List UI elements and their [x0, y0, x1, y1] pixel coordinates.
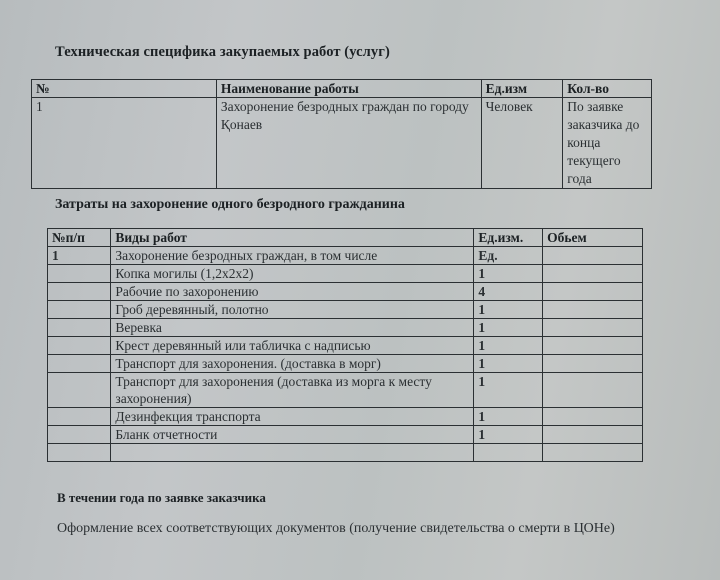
- table-row: Рабочие по захоронению4: [48, 283, 643, 301]
- costs-cell-num: [48, 426, 111, 444]
- costs-cell-volume: [543, 408, 643, 426]
- spec-title: Техническая специфика закупаемых работ (…: [55, 44, 390, 61]
- costs-cell-work: Транспорт для захоронения (доставка из м…: [111, 373, 474, 408]
- costs-cell-num: [48, 373, 111, 408]
- costs-header-volume: Обьем: [543, 229, 643, 247]
- costs-cell-work: Дезинфекция транспорта: [111, 408, 474, 426]
- table-row: 1Захоронение безродных граждан, в том чи…: [48, 247, 643, 265]
- costs-cell-work: Бланк отчетности: [111, 426, 474, 444]
- costs-cell-unit: 1: [474, 426, 543, 444]
- costs-cell-volume: [543, 247, 643, 265]
- costs-table: №п/п Виды работ Ед.изм. Обьем 1Захоронен…: [47, 228, 643, 462]
- costs-cell-unit: 1: [474, 355, 543, 373]
- costs-cell-num: [48, 265, 111, 283]
- costs-cell-unit: 1: [474, 337, 543, 355]
- costs-cell-unit: 1: [474, 408, 543, 426]
- costs-cell-work: [111, 444, 474, 462]
- table-row: Дезинфекция транспорта1: [48, 408, 643, 426]
- costs-cell-num: [48, 337, 111, 355]
- table-row: Транспорт для захоронения. (доставка в м…: [48, 355, 643, 373]
- costs-cell-volume: [543, 301, 643, 319]
- costs-table-header: №п/п Виды работ Ед.изм. Обьем: [48, 229, 643, 247]
- costs-header-unit: Ед.изм.: [474, 229, 543, 247]
- costs-cell-volume: [543, 444, 643, 462]
- costs-cell-num: [48, 301, 111, 319]
- costs-cell-work: Гроб деревянный, полотно: [111, 301, 474, 319]
- costs-cell-volume: [543, 426, 643, 444]
- costs-cell-volume: [543, 283, 643, 301]
- costs-cell-volume: [543, 373, 643, 408]
- table-row: [48, 444, 643, 462]
- spec-header-unit: Ед.изм: [481, 80, 563, 98]
- costs-cell-volume: [543, 319, 643, 337]
- costs-cell-volume: [543, 337, 643, 355]
- costs-cell-work: Захоронение безродных граждан, в том чис…: [111, 247, 474, 265]
- costs-cell-unit: 1: [474, 373, 543, 408]
- table-row: Бланк отчетности1: [48, 426, 643, 444]
- document-page: Техническая специфика закупаемых работ (…: [0, 0, 720, 580]
- spec-header-qty: Кол-во: [563, 80, 652, 98]
- costs-cell-num: [48, 355, 111, 373]
- costs-header-num: №п/п: [48, 229, 111, 247]
- documents-note: Оформление всех соответствующих документ…: [57, 521, 615, 537]
- spec-table: № Наименование работы Ед.изм Кол-во 1 За…: [31, 79, 652, 189]
- table-row: Веревка1: [48, 319, 643, 337]
- costs-cell-num: 1: [48, 247, 111, 265]
- costs-cell-num: [48, 408, 111, 426]
- costs-cell-unit: 4: [474, 283, 543, 301]
- costs-cell-num: [48, 444, 111, 462]
- costs-table-body: 1Захоронение безродных граждан, в том чи…: [48, 247, 643, 462]
- costs-title: Затраты на захоронение одного безродного…: [55, 197, 405, 213]
- spec-header-num: №: [32, 80, 217, 98]
- costs-cell-unit: 1: [474, 301, 543, 319]
- spec-cell-unit: Человек: [481, 98, 563, 189]
- costs-cell-work: Копка могилы (1,2х2х2): [111, 265, 474, 283]
- costs-cell-num: [48, 319, 111, 337]
- spec-table-header: № Наименование работы Ед.изм Кол-во: [32, 80, 652, 98]
- costs-cell-work: Рабочие по захоронению: [111, 283, 474, 301]
- table-row: Крест деревянный или табличка с надписью…: [48, 337, 643, 355]
- costs-cell-unit: 1: [474, 319, 543, 337]
- costs-cell-work: Крест деревянный или табличка с надписью: [111, 337, 474, 355]
- spec-cell-num: 1: [32, 98, 217, 189]
- schedule-note: В течении года по заявке заказчика: [57, 490, 266, 506]
- table-row: Копка могилы (1,2х2х2)1: [48, 265, 643, 283]
- costs-cell-num: [48, 283, 111, 301]
- spec-cell-name: Захоронение безродных граждан по городу …: [216, 98, 481, 189]
- costs-cell-volume: [543, 265, 643, 283]
- costs-cell-work: Веревка: [111, 319, 474, 337]
- costs-cell-unit: Ед.: [474, 247, 543, 265]
- spec-cell-qty: По заявке заказчика до конца текущего го…: [563, 98, 652, 189]
- costs-cell-unit: 1: [474, 265, 543, 283]
- table-row: 1 Захоронение безродных граждан по город…: [32, 98, 652, 189]
- costs-cell-unit: [474, 444, 543, 462]
- spec-header-name: Наименование работы: [216, 80, 481, 98]
- table-row: Транспорт для захоронения (доставка из м…: [48, 373, 643, 408]
- table-row: Гроб деревянный, полотно1: [48, 301, 643, 319]
- costs-cell-volume: [543, 355, 643, 373]
- costs-cell-work: Транспорт для захоронения. (доставка в м…: [111, 355, 474, 373]
- costs-header-work: Виды работ: [111, 229, 474, 247]
